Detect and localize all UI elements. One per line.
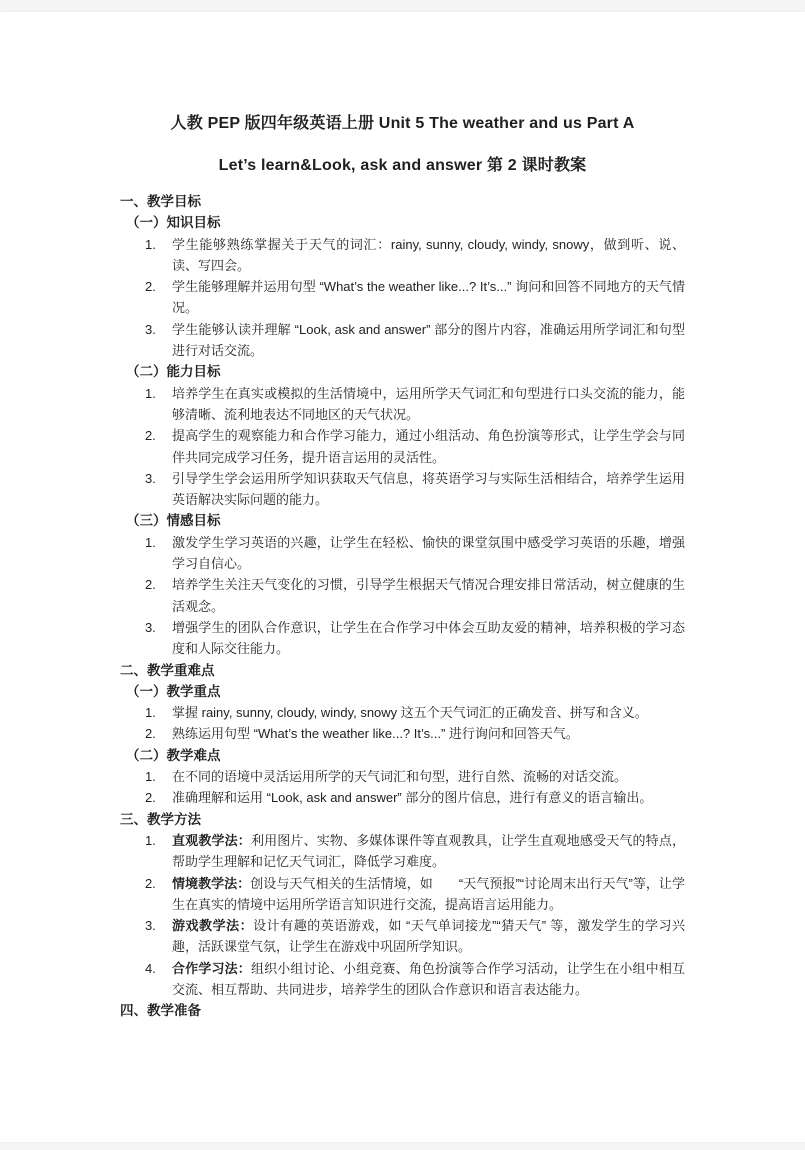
item-text: 情境教学法：创设与天气相关的生活情境，如 “天气预报”“讨论周末出行天气”等，让… bbox=[172, 873, 685, 916]
list-item: 1.在不同的语境中灵活运用所学的天气词汇和句型，进行自然、流畅的对话交流。 bbox=[120, 766, 685, 787]
list-item: 2.学生能够理解并运用句型 “What’s the weather like..… bbox=[120, 276, 685, 319]
item-text: 掌握 rainy, sunny, cloudy, windy, snowy 这五… bbox=[172, 702, 685, 723]
list-item: 3.游戏教学法：设计有趣的英语游戏，如 “天气单词接龙”“猜天气” 等，激发学生… bbox=[120, 915, 685, 958]
item-text: 增强学生的团队合作意识，让学生在合作学习中体会互助友爱的精神，培养积极的学习态度… bbox=[172, 617, 685, 660]
item-text: 游戏教学法：设计有趣的英语游戏，如 “天气单词接龙”“猜天气” 等，激发学生的学… bbox=[172, 915, 685, 958]
item-text: 提高学生的观察能力和合作学习能力，通过小组活动、角色扮演等形式，让学生学会与同伴… bbox=[172, 425, 685, 468]
screenshot-root: { "document": { "title_lines": [ "人教 PEP… bbox=[0, 0, 805, 1150]
list-item: 1.培养学生在真实或模拟的生活情境中，运用所学天气词汇和句型进行口头交流的能力，… bbox=[120, 383, 685, 426]
item-number: 1. bbox=[145, 702, 172, 723]
ordered-list: 1.激发学生学习英语的兴趣，让学生在轻松、愉快的课堂氛围中感受学习英语的乐趣，增… bbox=[120, 532, 685, 660]
ordered-list: 1.直观教学法：利用图片、实物、多媒体课件等直观教具，让学生直观地感受天气的特点… bbox=[120, 830, 685, 1000]
list-item: 1.学生能够熟练掌握关于天气的词汇：rainy, sunny, cloudy, … bbox=[120, 234, 685, 277]
item-number: 1. bbox=[145, 383, 172, 426]
section-heading: 三、教学方法 bbox=[120, 809, 685, 830]
item-text: 在不同的语境中灵活运用所学的天气词汇和句型，进行自然、流畅的对话交流。 bbox=[172, 766, 685, 787]
item-lead: 直观教学法： bbox=[172, 833, 251, 848]
document-content: 人教 PEP 版四年级英语上册 Unit 5 The weather and u… bbox=[0, 12, 805, 1022]
subsection-heading: （一）知识目标 bbox=[120, 212, 685, 233]
doc-title-line-1: 人教 PEP 版四年级英语上册 Unit 5 The weather and u… bbox=[120, 112, 685, 136]
item-text: 准确理解和运用 “Look, ask and answer” 部分的图片信息，进… bbox=[172, 787, 685, 808]
item-text: 学生能够认读并理解 “Look, ask and answer” 部分的图片内容… bbox=[172, 319, 685, 362]
subsection-heading: （三）情感目标 bbox=[120, 510, 685, 531]
item-lead: 游戏教学法： bbox=[172, 918, 253, 933]
section-heading: 四、教学准备 bbox=[120, 1000, 685, 1021]
item-number: 1. bbox=[145, 830, 172, 873]
item-lead: 合作学习法： bbox=[172, 961, 251, 976]
list-item: 1.激发学生学习英语的兴趣，让学生在轻松、愉快的课堂氛围中感受学习英语的乐趣，增… bbox=[120, 532, 685, 575]
item-number: 2. bbox=[145, 574, 172, 617]
ordered-list: 1.培养学生在真实或模拟的生活情境中，运用所学天气词汇和句型进行口头交流的能力，… bbox=[120, 383, 685, 511]
item-text: 培养学生在真实或模拟的生活情境中，运用所学天气词汇和句型进行口头交流的能力，能够… bbox=[172, 383, 685, 426]
list-item: 2.情境教学法：创设与天气相关的生活情境，如 “天气预报”“讨论周末出行天气”等… bbox=[120, 873, 685, 916]
item-text: 激发学生学习英语的兴趣，让学生在轻松、愉快的课堂氛围中感受学习英语的乐趣，增强学… bbox=[172, 532, 685, 575]
item-text: 学生能够理解并运用句型 “What’s the weather like...?… bbox=[172, 276, 685, 319]
list-item: 1.掌握 rainy, sunny, cloudy, windy, snowy … bbox=[120, 702, 685, 723]
item-number: 2. bbox=[145, 873, 172, 916]
list-item: 1.直观教学法：利用图片、实物、多媒体课件等直观教具，让学生直观地感受天气的特点… bbox=[120, 830, 685, 873]
subsection-heading: （一）教学重点 bbox=[120, 681, 685, 702]
item-number: 1. bbox=[145, 532, 172, 575]
item-number: 3. bbox=[145, 319, 172, 362]
item-text: 熟练运用句型 “What’s the weather like...? It’s… bbox=[172, 723, 685, 744]
item-text: 培养学生关注天气变化的习惯，引导学生根据天气情况合理安排日常活动，树立健康的生活… bbox=[172, 574, 685, 617]
list-item: 2.准确理解和运用 “Look, ask and answer” 部分的图片信息… bbox=[120, 787, 685, 808]
item-number: 4. bbox=[145, 958, 172, 1001]
subsection-heading: （二）教学难点 bbox=[120, 745, 685, 766]
section-heading: 一、教学目标 bbox=[120, 191, 685, 212]
item-number: 2. bbox=[145, 723, 172, 744]
item-number: 3. bbox=[145, 915, 172, 958]
item-text: 直观教学法：利用图片、实物、多媒体课件等直观教具，让学生直观地感受天气的特点，帮… bbox=[172, 830, 685, 873]
list-item: 2.熟练运用句型 “What’s the weather like...? It… bbox=[120, 723, 685, 744]
list-item: 2.提高学生的观察能力和合作学习能力，通过小组活动、角色扮演等形式，让学生学会与… bbox=[120, 425, 685, 468]
item-number: 2. bbox=[145, 425, 172, 468]
item-lead: 情境教学法： bbox=[172, 876, 250, 891]
item-number: 3. bbox=[145, 617, 172, 660]
item-text: 引导学生学会运用所学知识获取天气信息，将英语学习与实际生活相结合，培养学生运用英… bbox=[172, 468, 685, 511]
section-heading: 二、教学重难点 bbox=[120, 660, 685, 681]
item-number: 1. bbox=[145, 234, 172, 277]
item-text: 学生能够熟练掌握关于天气的词汇：rainy, sunny, cloudy, wi… bbox=[172, 234, 685, 277]
item-number: 3. bbox=[145, 468, 172, 511]
doc-title-line-2: Let’s learn&Look, ask and answer 第 2 课时教… bbox=[120, 154, 685, 178]
list-item: 3.引导学生学会运用所学知识获取天气信息，将英语学习与实际生活相结合，培养学生运… bbox=[120, 468, 685, 511]
subsection-heading: （二）能力目标 bbox=[120, 361, 685, 382]
list-item: 4.合作学习法：组织小组讨论、小组竞赛、角色扮演等合作学习活动，让学生在小组中相… bbox=[120, 958, 685, 1001]
item-number: 1. bbox=[145, 766, 172, 787]
item-number: 2. bbox=[145, 276, 172, 319]
list-item: 2.培养学生关注天气变化的习惯，引导学生根据天气情况合理安排日常活动，树立健康的… bbox=[120, 574, 685, 617]
document-body: 一、教学目标（一）知识目标1.学生能够熟练掌握关于天气的词汇：rainy, su… bbox=[120, 191, 685, 1022]
ordered-list: 1.在不同的语境中灵活运用所学的天气词汇和句型，进行自然、流畅的对话交流。2.准… bbox=[120, 766, 685, 809]
item-number: 2. bbox=[145, 787, 172, 808]
item-text: 合作学习法：组织小组讨论、小组竞赛、角色扮演等合作学习活动，让学生在小组中相互交… bbox=[172, 958, 685, 1001]
list-item: 3.增强学生的团队合作意识，让学生在合作学习中体会互助友爱的精神，培养积极的学习… bbox=[120, 617, 685, 660]
document-page: 人教 PEP 版四年级英语上册 Unit 5 The weather and u… bbox=[0, 12, 805, 1142]
list-item: 3.学生能够认读并理解 “Look, ask and answer” 部分的图片… bbox=[120, 319, 685, 362]
ordered-list: 1.学生能够熟练掌握关于天气的词汇：rainy, sunny, cloudy, … bbox=[120, 234, 685, 362]
ordered-list: 1.掌握 rainy, sunny, cloudy, windy, snowy … bbox=[120, 702, 685, 745]
